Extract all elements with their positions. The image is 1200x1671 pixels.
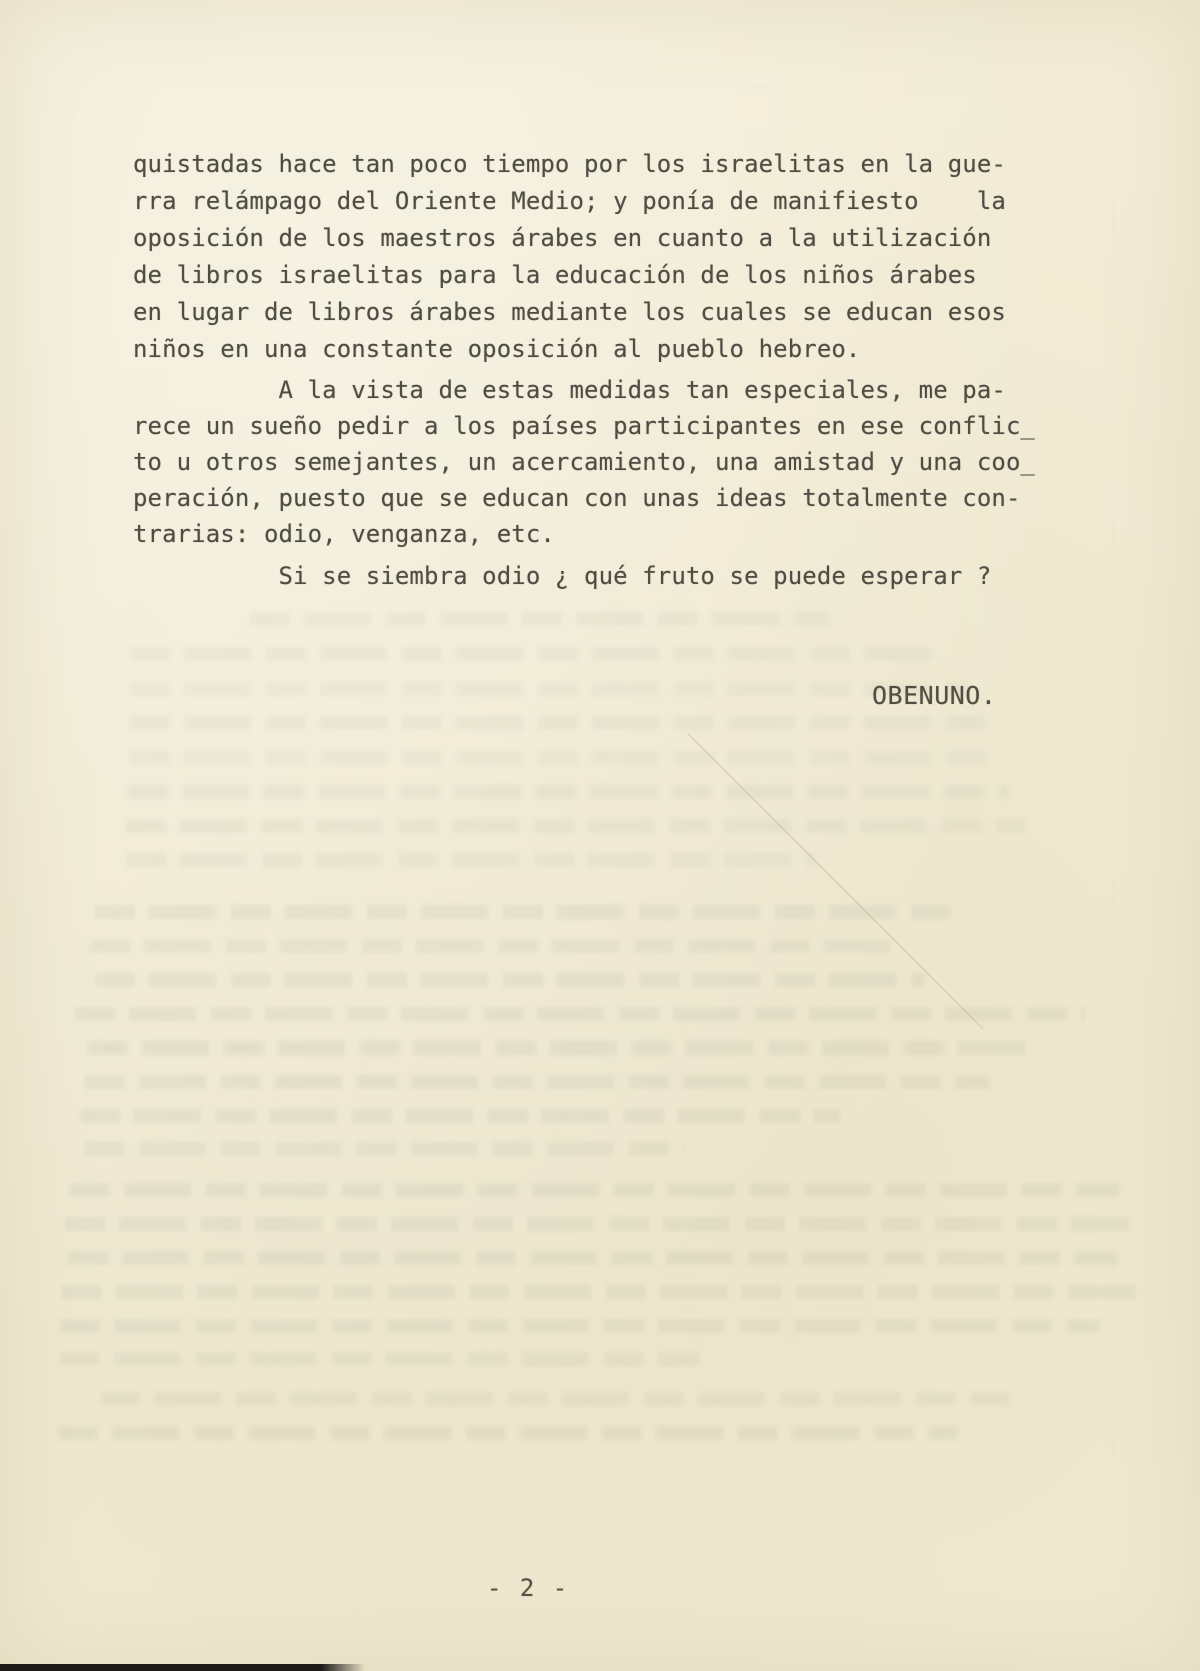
bleedthrough-line bbox=[88, 1041, 1038, 1055]
bleedthrough-line bbox=[58, 1426, 958, 1440]
bleedthrough-line bbox=[130, 716, 985, 730]
bleedthrough-line bbox=[128, 785, 1008, 799]
paragraph-2: A la vista de estas medidas tan especial… bbox=[133, 372, 1035, 552]
bleedthrough-line bbox=[68, 1251, 1118, 1265]
bleedthrough-line bbox=[126, 819, 1026, 833]
bleedthrough-line bbox=[62, 1285, 1137, 1299]
bleedthrough-line bbox=[85, 1075, 990, 1089]
bleedthrough-line bbox=[80, 1109, 840, 1123]
paragraph-continuation: quistadas hace tan poco tiempo por los i… bbox=[133, 146, 1006, 368]
bleedthrough-line bbox=[95, 905, 955, 919]
bleedthrough-line bbox=[130, 647, 940, 661]
paragraph-3: Si se siembra odio ¿ qué fruto se puede … bbox=[133, 558, 991, 595]
bleedthrough-line bbox=[65, 1217, 1130, 1231]
bleedthrough-line bbox=[130, 751, 995, 765]
crease-line bbox=[687, 733, 983, 1029]
scan-edge-artifact bbox=[0, 1664, 365, 1671]
bleedthrough-line bbox=[85, 1142, 685, 1156]
bleedthrough-line bbox=[100, 1392, 1010, 1406]
bleedthrough-line bbox=[130, 682, 970, 696]
bleedthrough-line bbox=[126, 853, 816, 867]
bleedthrough-line bbox=[75, 1007, 1085, 1021]
bleedthrough-line bbox=[90, 939, 890, 953]
document-page: quistadas hace tan poco tiempo por los i… bbox=[0, 0, 1200, 1671]
page-number: - 2 - bbox=[487, 1574, 569, 1602]
bleedthrough-line bbox=[70, 1183, 1120, 1197]
bleedthrough-line bbox=[60, 1319, 1100, 1333]
bleedthrough-line bbox=[95, 973, 925, 987]
signature: OBENUNO. bbox=[872, 681, 996, 710]
bleedthrough-line bbox=[250, 612, 830, 626]
bleedthrough-line bbox=[60, 1352, 700, 1366]
